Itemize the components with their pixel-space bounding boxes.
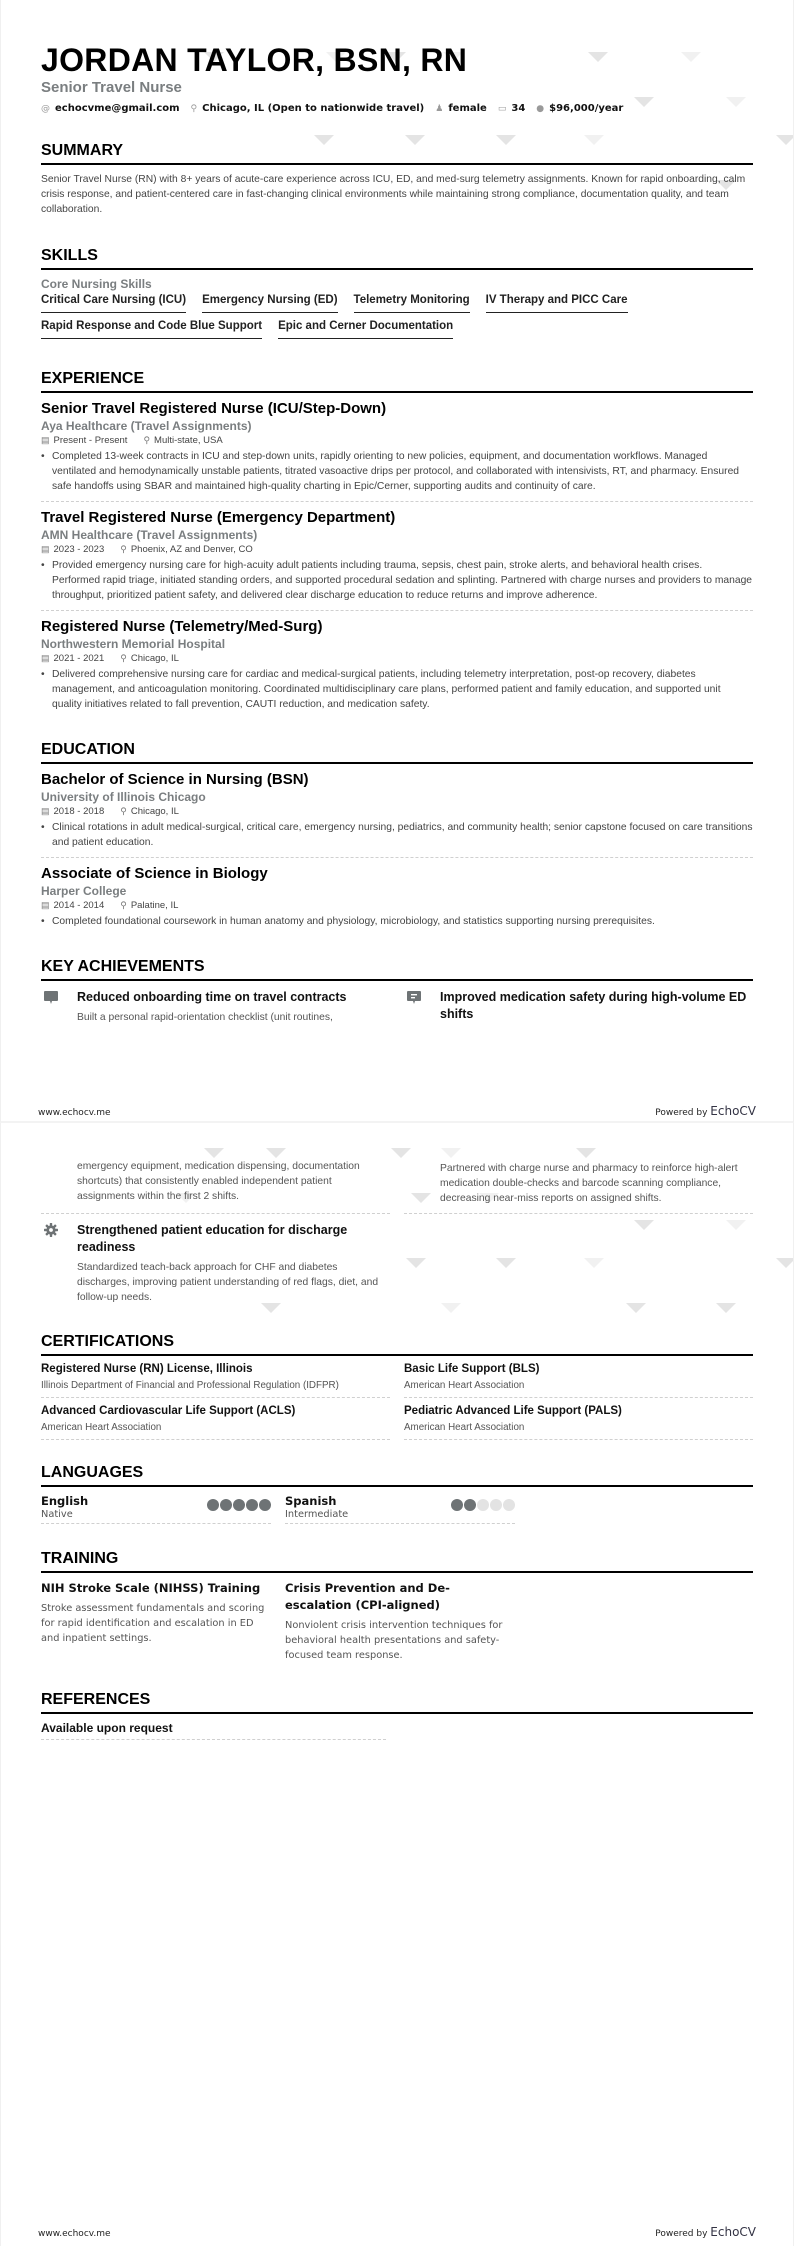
education-description: •Completed foundational coursework in hu… [41,914,753,929]
candidate-title: Senior Travel Nurse [41,79,753,96]
certification-issuer: American Heart Association [41,1422,390,1433]
calendar-icon: ▤ [41,900,50,911]
footer-powered-by[interactable]: Powered by EchoCV [655,1104,756,1118]
education-description: •Clinical rotations in adult medical-sur… [41,820,753,850]
rating-dot-empty [490,1499,502,1511]
education-location: Chicago, IL [131,806,179,817]
candidate-name: JORDAN TAYLOR, BSN, RN [41,42,753,78]
page-footer: www.echocv.me Powered by EchoCV [38,2225,756,2239]
achievement-desc: Partnered with charge nurse and pharmacy… [440,1161,753,1206]
achievements-section: KEY ACHIEVEMENTS Reduced onboarding time… [41,958,753,1031]
rating-dot-filled [259,1499,271,1511]
training-title: Crisis Prevention and De-escalation (CPI… [285,1580,515,1614]
decor-triangle [576,1148,596,1158]
training-desc: Nonviolent crisis intervention technique… [285,1618,515,1663]
message-icon [404,989,440,1025]
employer: Aya Healthcare (Travel Assignments) [41,419,753,433]
skills-list: Critical Care Nursing (ICU) Emergency Nu… [41,294,753,346]
education-meta: ▤2014 - 2014 ⚲Palatine, IL [41,900,753,911]
section-heading-training: TRAINING [41,1550,753,1573]
language-level: Native [41,1509,88,1520]
resume-page-2: emergency equipment, medication dispensi… [0,1123,794,2246]
certification-title: Basic Life Support (BLS) [404,1363,753,1375]
resume-content-continued: emergency equipment, medication dispensi… [41,1159,753,1740]
location-pin-icon: ⚲ [120,544,127,555]
calendar-icon: ▤ [41,806,50,817]
decor-triangle [441,1148,461,1158]
degree-title: Associate of Science in Biology [41,865,753,882]
skill-tag: IV Therapy and PICC Care [486,294,628,313]
achievement-title: Reduced onboarding time on travel contra… [77,989,347,1006]
achievement-title: Strengthened patient education for disch… [77,1222,390,1256]
job-location: Multi-state, USA [154,435,223,446]
education-section: EDUCATION Bachelor of Science in Nursing… [41,741,753,936]
certification-item: Advanced Cardiovascular Life Support (AC… [41,1398,390,1440]
job-title: Registered Nurse (Telemetry/Med-Surg) [41,618,753,635]
achievement-item: Reduced onboarding time on travel contra… [41,981,390,1031]
certifications-grid: Registered Nurse (RN) License, Illinois … [41,1356,753,1440]
location-pin-icon: ⚲ [120,806,127,817]
contact-age: ▭34 [498,103,525,114]
school: Harper College [41,884,753,898]
location-pin-icon: ⚲ [191,104,198,114]
language-name: English [41,1494,88,1508]
section-heading-achievements: KEY ACHIEVEMENTS [41,958,753,981]
dollar-coin-icon: ● [536,104,544,114]
rating-dot-filled [246,1499,258,1511]
speech-bubble-icon [41,989,77,1025]
education-dates: 2018 - 2018 [54,806,105,817]
job-dates: 2023 - 2023 [54,544,105,555]
certification-title: Registered Nurse (RN) License, Illinois [41,1363,390,1375]
achievements-grid-continued: emergency equipment, medication dispensi… [41,1159,753,1311]
references-item: Available upon request [41,1714,386,1740]
decor-triangle [266,1148,286,1158]
calendar-icon: ▤ [41,653,50,664]
training-item: Crisis Prevention and De-escalation (CPI… [285,1573,515,1663]
languages-grid: English Native Spanish Intermediate [41,1487,753,1524]
footer-site-link[interactable]: www.echocv.me [38,1108,111,1118]
person-icon: ♟ [435,104,443,114]
employer: Northwestern Memorial Hospital [41,637,753,651]
rating-dot-filled [220,1499,232,1511]
job-description: •Completed 13-week contracts in ICU and … [41,449,753,494]
contact-gender: ♟female [435,103,487,114]
location-pin-icon: ⚲ [120,900,127,911]
section-heading-experience: EXPERIENCE [41,370,753,393]
language-name: Spanish [285,1494,348,1508]
experience-entry: Registered Nurse (Telemetry/Med-Surg) No… [41,618,753,719]
job-location: Chicago, IL [131,653,179,664]
job-description: •Provided emergency nursing care for hig… [41,558,753,603]
training-title: NIH Stroke Scale (NIHSS) Training [41,1580,271,1597]
section-heading-references: REFERENCES [41,1691,753,1714]
footer-powered-by[interactable]: Powered by EchoCV [655,2225,756,2239]
resume-content: JORDAN TAYLOR, BSN, RN Senior Travel Nur… [41,42,753,1031]
certifications-section: CERTIFICATIONS Registered Nurse (RN) Lic… [41,1333,753,1440]
training-section: TRAINING NIH Stroke Scale (NIHSS) Traini… [41,1550,753,1663]
job-dates: 2021 - 2021 [54,653,105,664]
job-meta: ▤2023 - 2023 ⚲Phoenix, AZ and Denver, CO [41,544,753,555]
training-desc: Stroke assessment fundamentals and scori… [41,1601,271,1646]
job-dates: Present - Present [54,435,128,446]
school: University of Illinois Chicago [41,790,753,804]
echocv-brand: EchoCV [710,2225,756,2239]
decor-triangle [776,1258,794,1268]
language-item: English Native [41,1487,271,1524]
employer: AMN Healthcare (Travel Assignments) [41,528,753,542]
location-pin-icon: ⚲ [143,435,150,446]
job-meta: ▤Present - Present ⚲Multi-state, USA [41,435,753,446]
skills-section: SKILLS Core Nursing Skills Critical Care… [41,247,753,346]
summary-section: SUMMARY Senior Travel Nurse (RN) with 8+… [41,142,753,217]
rating-dot-filled [233,1499,245,1511]
education-entry: Associate of Science in Biology Harper C… [41,865,753,936]
calendar-icon: ▭ [498,104,507,114]
job-location: Phoenix, AZ and Denver, CO [131,544,253,555]
contact-email[interactable]: @echocvme@gmail.com [41,103,180,114]
skill-tag: Rapid Response and Code Blue Support [41,320,262,339]
resume-page-1: JORDAN TAYLOR, BSN, RN Senior Travel Nur… [0,0,794,1123]
achievements-grid: Reduced onboarding time on travel contra… [41,981,753,1031]
language-item: Spanish Intermediate [285,1487,515,1524]
contact-salary: ●$96,000/year [536,103,623,114]
experience-entry: Travel Registered Nurse (Emergency Depar… [41,509,753,611]
language-rating [450,1494,515,1520]
footer-site-link[interactable]: www.echocv.me [38,2229,111,2239]
section-heading-summary: SUMMARY [41,142,753,165]
achievement-item: Improved medication safety during high-v… [404,981,753,1031]
certification-issuer: American Heart Association [404,1422,753,1433]
achievement-item-continued: emergency equipment, medication dispensi… [41,1159,390,1214]
job-title: Travel Registered Nurse (Emergency Depar… [41,509,753,526]
rating-dot-filled [207,1499,219,1511]
achievement-item: Strengthened patient education for disch… [41,1214,390,1311]
calendar-icon: ▤ [41,435,50,446]
skill-tag: Epic and Cerner Documentation [278,320,453,339]
experience-section: EXPERIENCE Senior Travel Registered Nurs… [41,370,753,719]
gear-icon [41,1222,77,1305]
calendar-icon: ▤ [41,544,50,555]
job-meta: ▤2021 - 2021 ⚲Chicago, IL [41,653,753,664]
skill-tag: Emergency Nursing (ED) [202,294,337,313]
section-heading-certifications: CERTIFICATIONS [41,1333,753,1356]
achievement-item-continued: Partnered with charge nurse and pharmacy… [404,1159,753,1214]
references-section: REFERENCES Available upon request [41,1691,753,1740]
training-grid: NIH Stroke Scale (NIHSS) Training Stroke… [41,1573,753,1663]
training-item: NIH Stroke Scale (NIHSS) Training Stroke… [41,1573,271,1663]
achievement-title: Improved medication safety during high-v… [440,989,753,1023]
skill-tag: Critical Care Nursing (ICU) [41,294,186,313]
references-text: Available upon request [41,1721,386,1735]
rating-dot-filled [451,1499,463,1511]
rating-dot-empty [503,1499,515,1511]
at-icon: @ [41,104,50,114]
echocv-brand: EchoCV [710,1104,756,1118]
education-location: Palatine, IL [131,900,179,911]
certification-issuer: American Heart Association [404,1380,753,1391]
decor-triangle [204,1148,224,1158]
section-heading-education: EDUCATION [41,741,753,764]
education-entry: Bachelor of Science in Nursing (BSN) Uni… [41,771,753,858]
page-footer: www.echocv.me Powered by EchoCV [38,1104,756,1118]
education-meta: ▤2018 - 2018 ⚲Chicago, IL [41,806,753,817]
section-heading-skills: SKILLS [41,247,753,270]
certification-issuer: Illinois Department of Financial and Pro… [41,1380,390,1391]
language-level: Intermediate [285,1509,348,1520]
decor-triangle [391,1148,411,1158]
degree-title: Bachelor of Science in Nursing (BSN) [41,771,753,788]
languages-section: LANGUAGES English Native Spanish Interme… [41,1464,753,1524]
language-rating [206,1494,271,1520]
decor-triangle [776,135,794,145]
contact-info: @echocvme@gmail.com ⚲Chicago, IL (Open t… [41,103,753,114]
achievement-desc: Standardized teach-back approach for CHF… [77,1260,390,1305]
rating-dot-filled [464,1499,476,1511]
education-dates: 2014 - 2014 [54,900,105,911]
experience-entry: Senior Travel Registered Nurse (ICU/Step… [41,400,753,502]
location-pin-icon: ⚲ [120,653,127,664]
achievement-desc: Built a personal rapid-orientation check… [77,1010,347,1025]
rating-dot-empty [477,1499,489,1511]
certification-item: Basic Life Support (BLS) American Heart … [404,1356,753,1398]
achievement-desc: emergency equipment, medication dispensi… [77,1159,390,1204]
certification-item: Registered Nurse (RN) License, Illinois … [41,1356,390,1398]
skill-group-label: Core Nursing Skills [41,277,753,291]
contact-location: ⚲Chicago, IL (Open to nationwide travel) [191,103,425,114]
section-heading-languages: LANGUAGES [41,1464,753,1487]
certification-title: Pediatric Advanced Life Support (PALS) [404,1405,753,1417]
certification-item: Pediatric Advanced Life Support (PALS) A… [404,1398,753,1440]
certification-title: Advanced Cardiovascular Life Support (AC… [41,1405,390,1417]
skill-tag: Telemetry Monitoring [354,294,470,313]
job-title: Senior Travel Registered Nurse (ICU/Step… [41,400,753,417]
summary-text: Senior Travel Nurse (RN) with 8+ years o… [41,172,753,217]
job-description: •Delivered comprehensive nursing care fo… [41,667,753,712]
